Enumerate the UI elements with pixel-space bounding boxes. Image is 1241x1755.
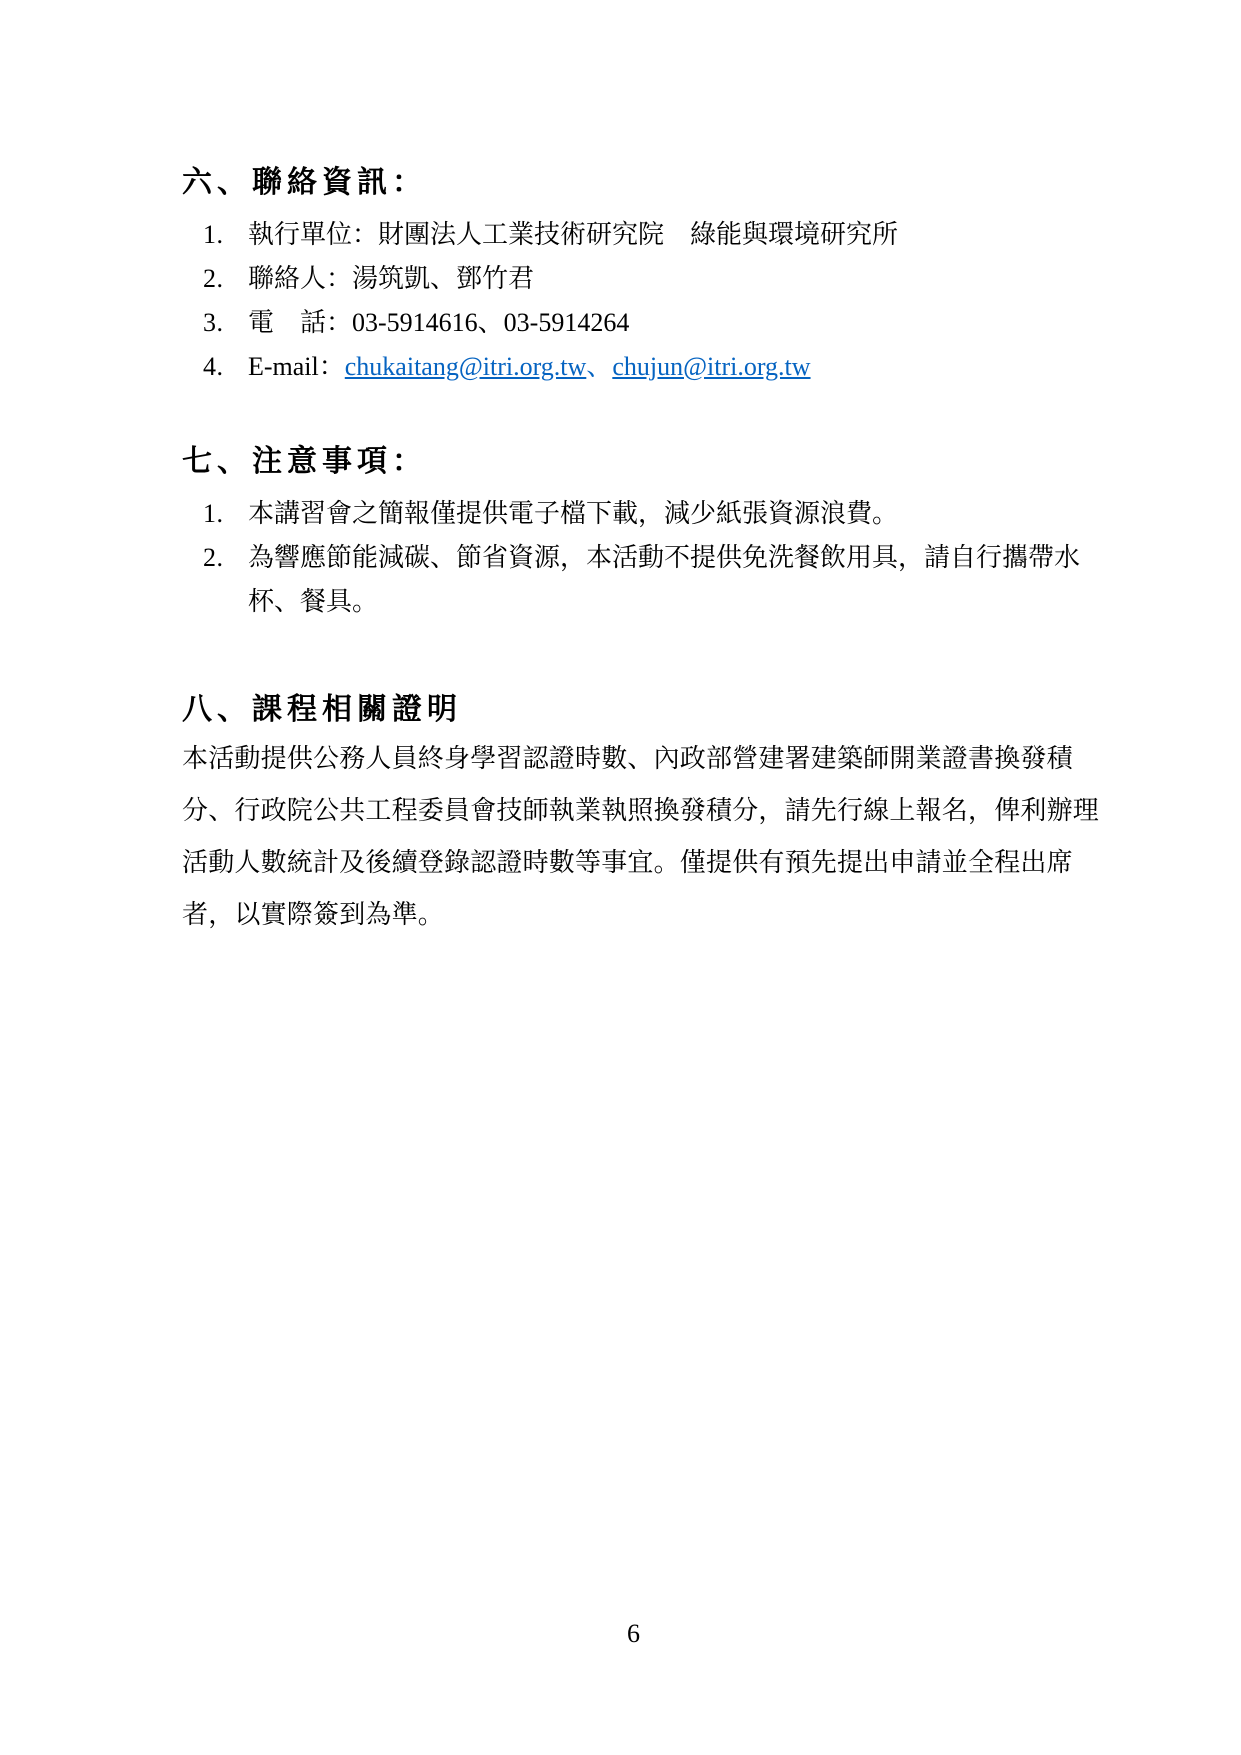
contact-item-text: 聯絡人：湯筑凱、鄧竹君 [248,264,534,293]
notes-item-2: 2.為響應節能減碳、節省資源，本活動不提供免洗餐飲用具，請自行攜帶水 [182,536,1112,580]
certification-paragraph-line: 者，以實際簽到為準。 [182,889,1112,941]
notes-item-text: 為響應節能減碳、節省資源，本活動不提供免洗餐飲用具，請自行攜帶水 [248,543,1080,572]
certification-section-heading: 八、課程相關證明 [182,688,1112,732]
contact-item-email: 4.E-mail：chukaitang@itri.org.tw、chujun@i… [182,345,1112,389]
contact-item-text: 電 話：03-5914616、03-5914264 [248,308,629,337]
list-number: 2. [203,257,248,301]
notes-item-1: 1.本講習會之簡報僅提供電子檔下載，減少紙張資源浪費。 [182,492,1112,536]
list-number: 3. [203,301,248,345]
list-number: 2. [203,536,248,580]
certification-paragraph-line: 分、行政院公共工程委員會技師執業執照換發積分，請先行線上報名，俾利辦理 [182,785,1112,837]
contact-item-text: 執行單位：財團法人工業技術研究院 綠能與環境研究所 [248,220,898,249]
notes-item-text: 本講習會之簡報僅提供電子檔下載，減少紙張資源浪費。 [248,499,898,528]
page-number: 6 [0,1616,1241,1652]
certification-paragraph-line: 活動人數統計及後續登錄認證時數等事宜。僅提供有預先提出申請並全程出席 [182,837,1112,889]
document-page: { "page": { "number": "6", "background_c… [0,0,1241,1755]
contact-item-executing-unit: 1.執行單位：財團法人工業技術研究院 綠能與環境研究所 [182,213,1112,257]
email-separator: 、 [586,352,612,381]
email-link-1[interactable]: chukaitang@itri.org.tw [345,352,587,381]
list-number: 1. [203,492,248,536]
email-link-2[interactable]: chujun@itri.org.tw [612,352,810,381]
certification-paragraph-line: 本活動提供公務人員終身學習認證時數、內政部營建署建築師開業證書換發積 [182,733,1112,785]
contact-section-heading: 六、聯絡資訊： [182,161,1112,205]
list-number: 4. [203,345,248,389]
list-number: 1. [203,213,248,257]
notes-item-text: 杯、餐具。 [248,587,378,616]
contact-item-contact-person: 2.聯絡人：湯筑凱、鄧竹君 [182,257,1112,301]
email-label: E-mail： [248,352,345,381]
notes-section-heading: 七、注意事項： [182,440,1112,484]
notes-item-2-continuation: 杯、餐具。 [182,580,1178,624]
contact-item-phone: 3.電 話：03-5914616、03-5914264 [182,301,1112,345]
